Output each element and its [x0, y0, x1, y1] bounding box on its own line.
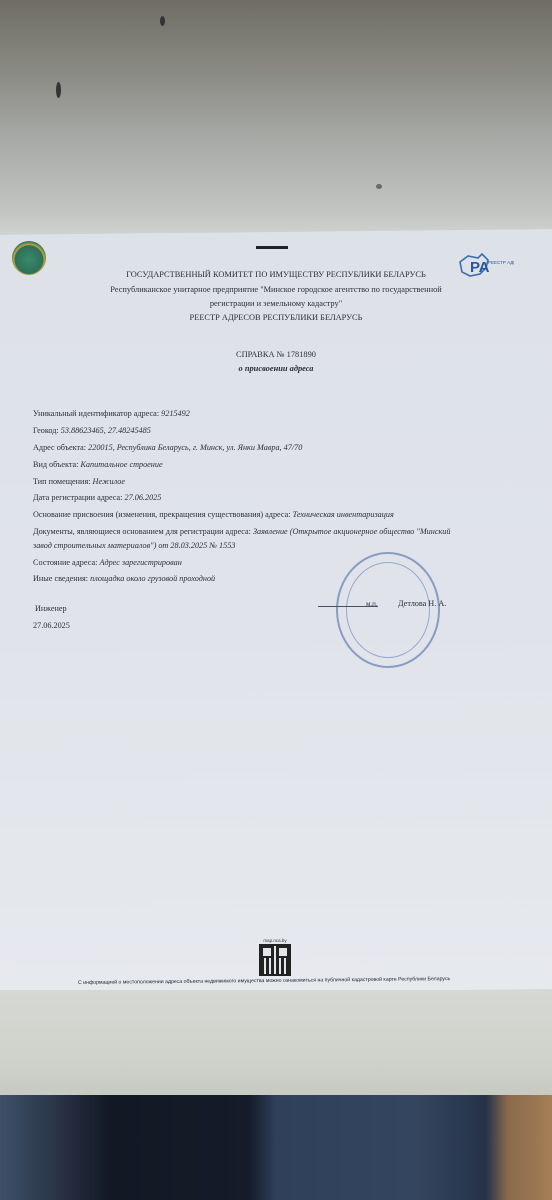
field-documents-cont: завод строительных материалов") от 28.03… [33, 541, 235, 550]
enterprise-line-2: регистрации и земельному кадастру" [0, 299, 552, 308]
svg-text:РЕЕСТР АДРЕСОВ: РЕЕСТР АДРЕСОВ [488, 260, 514, 265]
field-address: Адрес объекта: 220015, Республика Белару… [33, 443, 302, 452]
qr-caption: map.nca.by [255, 938, 295, 943]
pen-mark [256, 246, 288, 249]
wall-speck [160, 16, 165, 26]
qr-code-icon [261, 946, 289, 974]
certificate-subtitle: о присвоении адреса [0, 364, 552, 373]
committee-title: ГОСУДАРСТВЕННЫЙ КОМИТЕТ ПО ИМУЩЕСТВУ РЕС… [0, 270, 552, 279]
background-wall [0, 0, 552, 240]
field-basis: Основание присвоения (изменения, прекращ… [33, 510, 394, 519]
stamp-place-label: м.п. [366, 600, 378, 608]
field-documents: Документы, являющиеся основанием для рег… [33, 527, 450, 536]
wall-speck [56, 82, 61, 98]
desk-surface [0, 990, 552, 1100]
field-object-type: Вид объекта: Капитальное строение [33, 460, 163, 469]
signer-position: Инженер [35, 604, 67, 613]
field-other-info: Иные сведения: площадка около грузовой п… [33, 574, 215, 583]
signer-name: Детлова Н. А. [398, 599, 446, 608]
registry-title: РЕЕСТР АДРЕСОВ РЕСПУБЛИКИ БЕЛАРУСЬ [0, 313, 552, 322]
field-premises-type: Тип помещения: Нежилое [33, 477, 125, 486]
fabric-background [0, 1095, 552, 1200]
field-address-status: Состояние адреса: Адрес зарегистрирован [33, 558, 182, 567]
document-sheet [0, 229, 552, 995]
certificate-number: СПРАВКА № 1781890 [0, 350, 552, 359]
wall-speck [376, 184, 382, 189]
enterprise-line-1: Республиканское унитарное предприятие "М… [0, 285, 552, 294]
field-registration-date: Дата регистрации адреса: 27.06.2025 [33, 493, 161, 502]
field-unique-id: Уникальный идентификатор адреса: 9215492 [33, 409, 190, 418]
signature-date: 27.06.2025 [33, 621, 70, 630]
official-stamp [336, 552, 440, 668]
field-geocode: Геокод: 53.88623465, 27.48245485 [33, 426, 151, 435]
